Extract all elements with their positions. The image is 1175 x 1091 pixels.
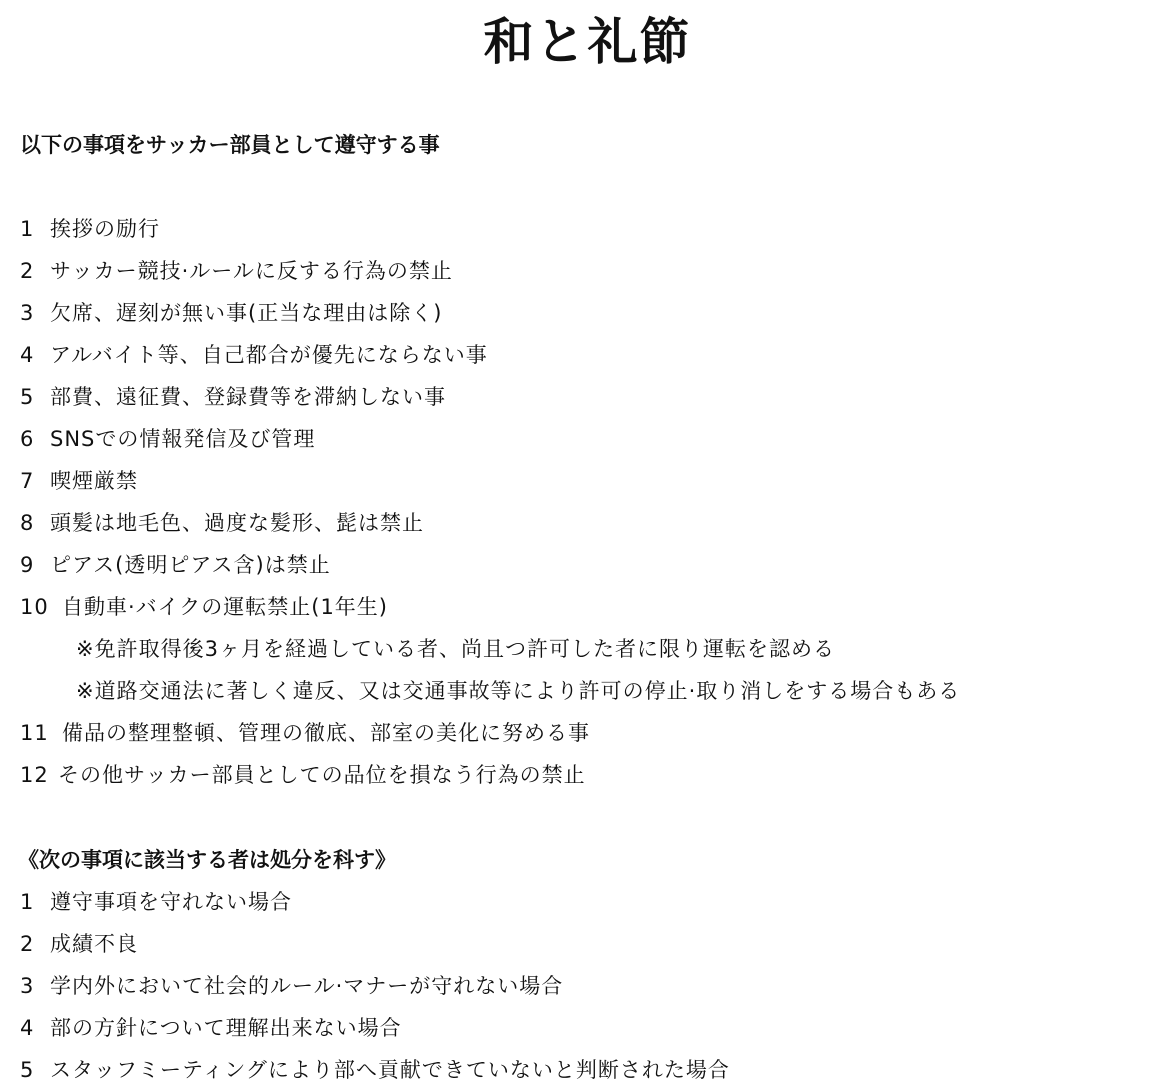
penalty-item: 2成績不良 xyxy=(20,930,138,958)
rule-number: 3 xyxy=(20,299,50,327)
rules-heading: 以下の事項をサッカー部員として遵守する事 xyxy=(20,131,440,159)
rule-number: 10 xyxy=(20,593,62,621)
rule-item: 9ピアス(透明ピアス含)は禁止 xyxy=(20,551,331,579)
rule-item: 8頭髪は地毛色、過度な髪形、髭は禁止 xyxy=(20,509,424,537)
rule-number: 5 xyxy=(20,383,50,411)
rule-item: 4アルバイト等、自己都合が優先にならない事 xyxy=(20,341,488,369)
rule-item: 3欠席、遅刻が無い事(正当な理由は除く) xyxy=(20,299,442,327)
rule-note: ※道路交通法に著しく違反、又は交通事故等により許可の停止·取り消しをする場合もあ… xyxy=(76,677,960,705)
rule-note: ※免許取得後3ヶ月を経過している者、尚且つ許可した者に限り運転を認める xyxy=(76,635,835,663)
penalty-number: 5 xyxy=(20,1056,50,1084)
rule-text: 喫煙厳禁 xyxy=(50,469,138,493)
penalty-item: 5スタッフミーティングにより部へ貢献できていないと判断された場合 xyxy=(20,1056,730,1084)
penalty-item: 3学内外において社会的ルール·マナーが守れない場合 xyxy=(20,972,563,1000)
rule-number: 8 xyxy=(20,509,50,537)
penalty-number: 2 xyxy=(20,930,50,958)
rule-number: 6 xyxy=(20,425,50,453)
rule-text: 頭髪は地毛色、過度な髪形、髭は禁止 xyxy=(50,511,424,535)
rule-number: 7 xyxy=(20,467,50,495)
rule-text: ピアス(透明ピアス含)は禁止 xyxy=(50,553,331,577)
rule-item: 2サッカー競技·ルールに反する行為の禁止 xyxy=(20,257,453,285)
penalty-heading: 《次の事項に該当する者は処分を科す》 xyxy=(18,846,396,874)
rule-number: 12 xyxy=(20,761,58,789)
penalty-number: 1 xyxy=(20,888,50,916)
rule-number: 9 xyxy=(20,551,50,579)
rule-number: 2 xyxy=(20,257,50,285)
rule-text: アルバイト等、自己都合が優先にならない事 xyxy=(50,343,488,367)
rule-item: 10自動車·バイクの運転禁止(1年生) xyxy=(20,593,388,621)
rule-item: 11備品の整理整頓、管理の徹底、部室の美化に努める事 xyxy=(20,719,590,747)
rule-number: 11 xyxy=(20,719,62,747)
rule-item: 5部費、遠征費、登録費等を滞納しない事 xyxy=(20,383,446,411)
penalty-text: 部の方針について理解出来ない場合 xyxy=(50,1016,402,1040)
penalty-number: 4 xyxy=(20,1014,50,1042)
penalty-text: 遵守事項を守れない場合 xyxy=(50,890,292,914)
rule-text: 欠席、遅刻が無い事(正当な理由は除く) xyxy=(50,301,442,325)
rule-item: 12その他サッカー部員としての品位を損なう行為の禁止 xyxy=(20,761,586,789)
rule-text: 自動車·バイクの運転禁止(1年生) xyxy=(62,595,388,619)
rule-text: サッカー競技·ルールに反する行為の禁止 xyxy=(50,259,453,283)
rule-text: 部費、遠征費、登録費等を滞納しない事 xyxy=(50,385,446,409)
penalty-text: 成績不良 xyxy=(50,932,138,956)
rule-item: 1挨拶の励行 xyxy=(20,215,160,243)
rule-text: その他サッカー部員としての品位を損なう行為の禁止 xyxy=(58,763,586,787)
penalty-item: 1遵守事項を守れない場合 xyxy=(20,888,292,916)
rule-number: 1 xyxy=(20,215,50,243)
rule-item: 6SNSでの情報発信及び管理 xyxy=(20,425,315,453)
rule-item: 7喫煙厳禁 xyxy=(20,467,138,495)
rule-text: 挨拶の励行 xyxy=(50,217,160,241)
rule-number: 4 xyxy=(20,341,50,369)
rule-text: 備品の整理整頓、管理の徹底、部室の美化に努める事 xyxy=(62,721,590,745)
penalty-text: スタッフミーティングにより部へ貢献できていないと判断された場合 xyxy=(50,1058,730,1082)
penalty-number: 3 xyxy=(20,972,50,1000)
penalty-text: 学内外において社会的ルール·マナーが守れない場合 xyxy=(50,974,563,998)
penalty-item: 4部の方針について理解出来ない場合 xyxy=(20,1014,402,1042)
rule-text: SNSでの情報発信及び管理 xyxy=(50,427,315,451)
document-title: 和と礼節 xyxy=(0,12,1175,72)
